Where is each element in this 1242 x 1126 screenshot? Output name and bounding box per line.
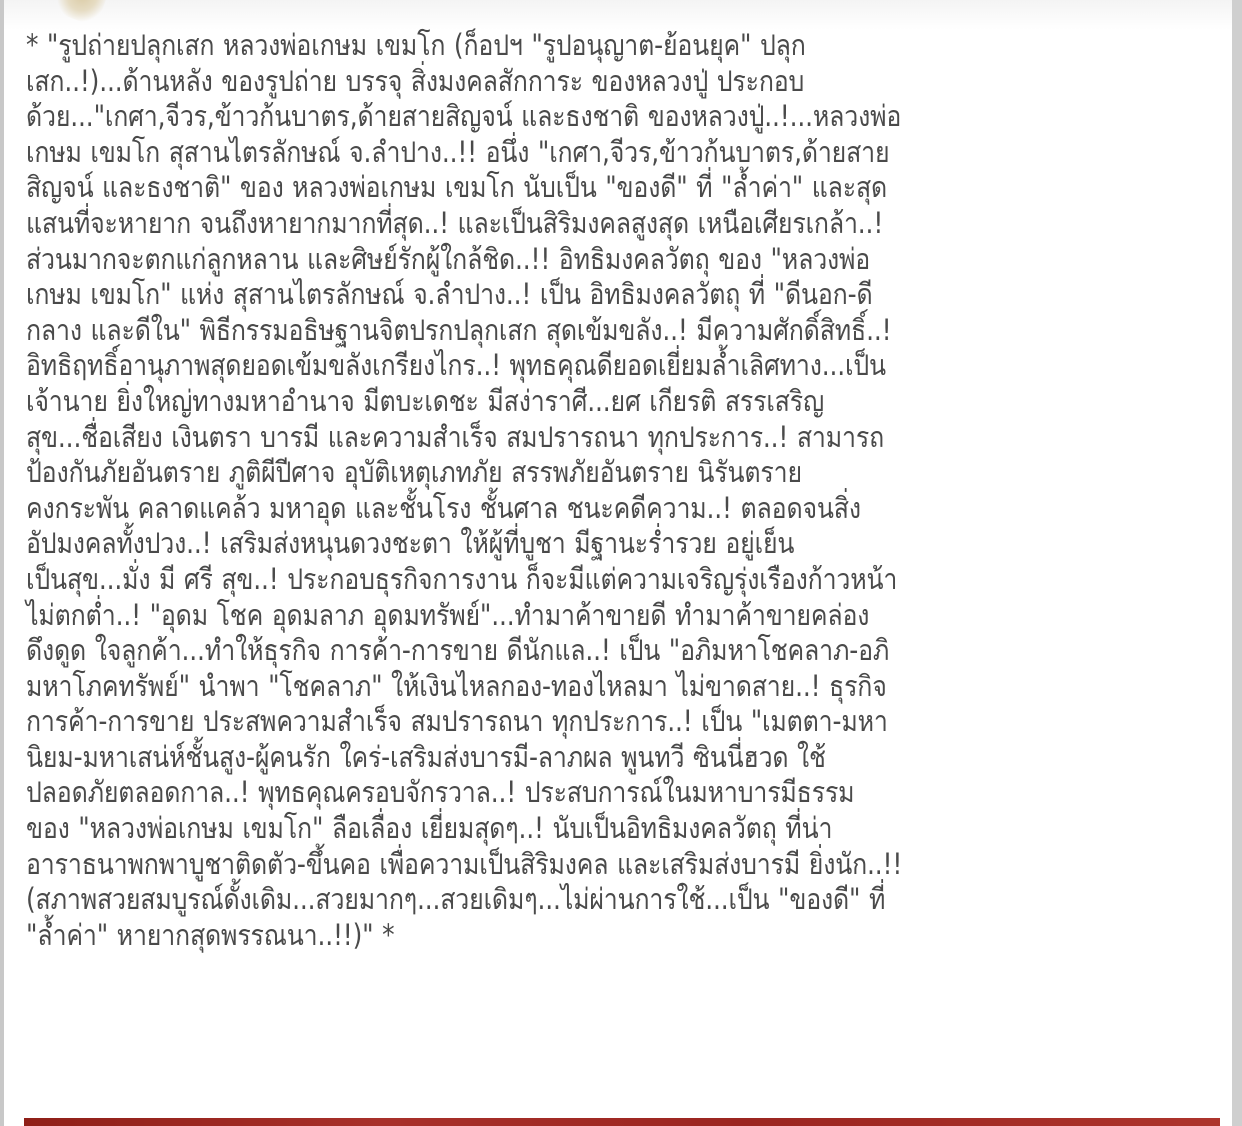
description-line: เป็นสุข...มั่ง มี ศรี สุข..! ประกอบธุรกิ… [26, 562, 1226, 598]
description-line: การค้า-การขาย ประสพความสำเร็จ สมปรารถนา … [26, 704, 1226, 740]
page-frame-border [1232, 0, 1242, 1126]
description-line: สุข...ชื่อเสียง เงินตรา บารมี และความสำเ… [26, 420, 1226, 456]
description-line: อาราธนาพกพาบูชาติดตัว-ขึ้นคอ เพื่อความเป… [26, 847, 1226, 883]
description-line: ปลอดภัยตลอดกาล..! พุทธคุณครอบจักรวาล..! … [26, 775, 1226, 811]
description-line: คงกระพัน คลาดแคล้ว มหาอุด และชั้นโรง ชั้… [26, 491, 1226, 527]
description-line: เกษม เขมโก สุสานไตรลักษณ์ จ.ลำปาง..!! อน… [26, 135, 1226, 171]
item-description: * "รูปถ่ายปลุกเสก หลวงพ่อเกษม เขมโก (ก็อ… [26, 28, 1226, 953]
description-line: เกษม เขมโก" แห่ง สุสานไตรลักษณ์ จ.ลำปาง.… [26, 277, 1226, 313]
description-line: ดึงดูด ใจลูกค้า...ทำให้ธุรกิจ การค้า-การ… [26, 633, 1226, 669]
description-line: * "รูปถ่ายปลุกเสก หลวงพ่อเกษม เขมโก (ก็อ… [26, 28, 1226, 64]
description-line: ของ "หลวงพ่อเกษม เขมโก" ลือเลื่อง เยี่ยม… [26, 811, 1226, 847]
description-line: เสก..!)...ด้านหลัง ของรูปถ่าย บรรจุ สิ่ง… [26, 64, 1226, 100]
description-line: ไม่ตกต่ำ..! "อุดม โชค อุดมลาภ อุดมทรัพย์… [26, 598, 1226, 634]
description-line: นิยม-มหาเสน่ห์ชั้นสูง-ผู้คนรัก ใคร่-เสริ… [26, 740, 1226, 776]
description-line: ป้องกันภัยอันตราย ภูติผีปีศาจ อุบัติเหตุ… [26, 455, 1226, 491]
listing-page: * "รูปถ่ายปลุกเสก หลวงพ่อเกษม เขมโก (ก็อ… [4, 0, 1232, 1126]
description-line: "ล้ำค่า" หายากสุดพรรณนา..!!)" * [26, 918, 1226, 954]
top-image-fade [4, 0, 1232, 30]
description-line: มหาโภคทรัพย์" นำพา "โชคลาภ" ให้เงินไหลกอ… [26, 669, 1226, 705]
description-line: สิญจน์ และธงชาติ" ของ หลวงพ่อเกษม เขมโก … [26, 170, 1226, 206]
description-line: (สภาพสวยสมบูรณ์ดั้งเดิม...สวยมากๆ...สวยเ… [26, 882, 1226, 918]
description-line: แสนที่จะหายาก จนถึงหายากมากที่สุด..! และ… [26, 206, 1226, 242]
description-line: ด้วย..."เกศา,จีวร,ข้าวก้นบาตร,ด้ายสายสิญ… [26, 99, 1226, 135]
description-line: อิทธิฤทธิ์อานุภาพสุดยอดเข้มขลังเกรียงไกร… [26, 348, 1226, 384]
description-line: ส่วนมากจะตกแก่ลูกหลาน และศิษย์รักผู้ใกล้… [26, 242, 1226, 278]
description-line: อัปมงคลทั้งปวง..! เสริมส่งหนุนดวงชะตา ให… [26, 526, 1226, 562]
red-banner-image-edge [24, 1118, 1220, 1126]
description-line: กลาง และดีใน" พิธีกรรมอธิษฐานจิตปรกปลุกเ… [26, 313, 1226, 349]
description-line: เจ้านาย ยิ่งใหญ่ทางมหาอำนาจ มีตบะเดชะ มี… [26, 384, 1226, 420]
